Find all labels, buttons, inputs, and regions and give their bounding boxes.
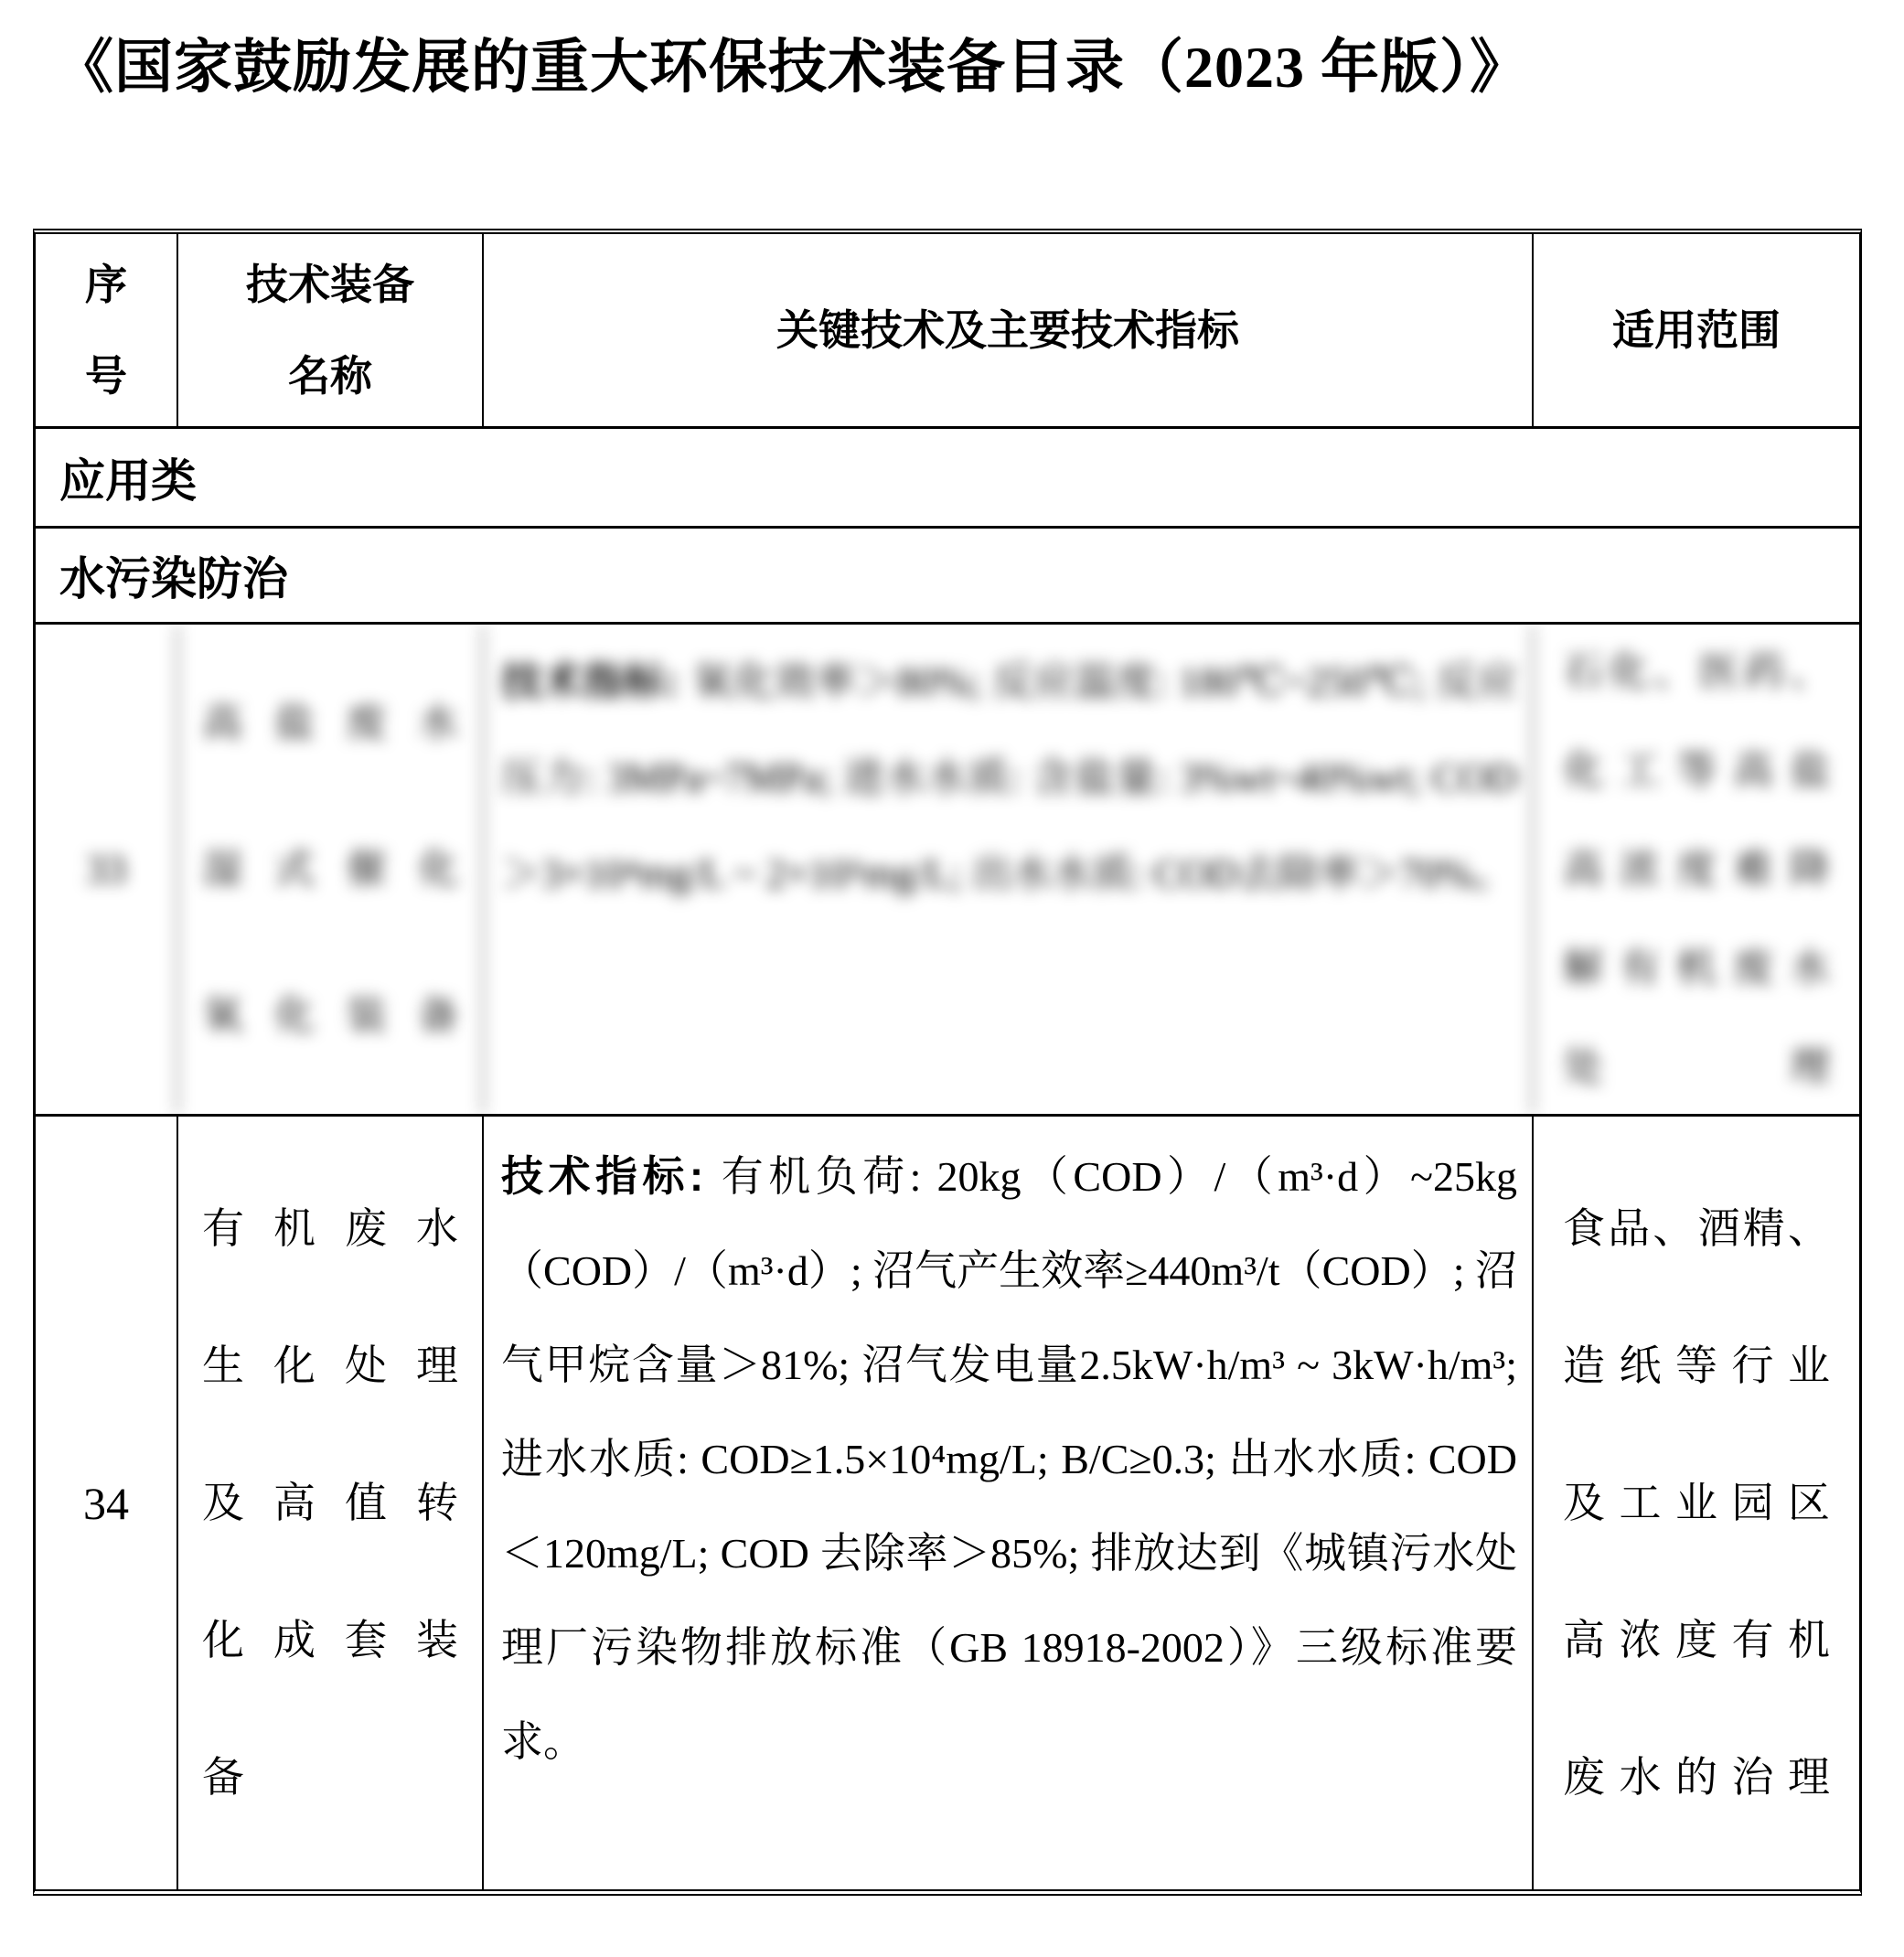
row34-tech-paragraph: 技术指标:有机负荷: 20kg（COD）/（m³·d）~25kg（COD）/（m… [484,1117,1532,1789]
row34-name-lines: 有机废水生化处理及高值转化成套装备 [178,1117,482,1889]
row34-scope-cell: 食品、酒精、造纸等行业及工业园区高浓度有机废水的治理 [1534,1117,1859,1889]
header-key-tech-text: 关键技术及主要技术指标 [776,284,1239,376]
header-key-tech: 关键技术及主要技术指标 [484,234,1534,426]
catalog-table: 序号 技术装备名称 关键技术及主要技术指标 适用范围 应用类 水污染防治 33 … [33,229,1862,1896]
subcategory-row: 水污染防治 [36,529,1859,625]
category-row: 应用类 [36,429,1859,529]
blurred-row-content: 33 高盐废水湿式催化氧化装备 技术指标:氧化效率＞80%; 反应温度: 180… [36,625,1859,1114]
header-equipment-name-text: 技术装备名称 [246,239,414,422]
row34-tech-label: 技术指标: [501,1152,703,1200]
header-equipment-name: 技术装备名称 [178,234,484,426]
blurred-scope-cell: 石化、医药、化工等高盐高浓度难降解有机废水处理 [1534,625,1859,1114]
row34-serial-cell: 34 [36,1117,178,1889]
blurred-serial-cell: 33 [36,625,178,1114]
table-header-row: 序号 技术装备名称 关键技术及主要技术指标 适用范围 [36,234,1859,429]
row34-scope-lines: 食品、酒精、造纸等行业及工业园区高浓度有机废水的治理 [1534,1117,1859,1889]
blurred-tech-paragraph: 技术指标:氧化效率＞80%; 反应温度: 180℃~250℃; 反应压力: 3M… [484,625,1532,922]
header-scope-text: 适用范围 [1612,284,1781,376]
subcategory-label: 水污染防治 [36,529,1859,622]
page-title: 《国家鼓励发展的重大环保技术装备目录（2023 年版）》 [55,20,1529,104]
category-label: 应用类 [36,429,1859,526]
blurred-name-cell: 高盐废水湿式催化氧化装备 [178,625,484,1114]
table-row-34: 34 有机废水生化处理及高值转化成套装备 技术指标:有机负荷: 20kg（COD… [36,1117,1859,1889]
header-serial: 序号 [36,234,178,426]
blurred-name-lines: 高盐废水湿式催化氧化装备 [178,625,482,1114]
table-row-blurred: 33 高盐废水湿式催化氧化装备 技术指标:氧化效率＞80%; 反应温度: 180… [36,625,1859,1117]
blurred-region: 33 高盐废水湿式催化氧化装备 技术指标:氧化效率＞80%; 反应温度: 180… [36,625,1859,1114]
row34-tech-body: 有机负荷: 20kg（COD）/（m³·d）~25kg（COD）/（m³·d）;… [501,1153,1517,1765]
row34-tech-cell: 技术指标:有机负荷: 20kg（COD）/（m³·d）~25kg（COD）/（m… [484,1117,1534,1889]
header-scope: 适用范围 [1534,234,1859,426]
blurred-scope-lines: 石化、医药、化工等高盐高浓度难降解有机废水处理 [1534,625,1859,1114]
document-page: { "page": { "title": "《国家鼓励发展的重大环保技术装备目录… [0,0,1904,1957]
row34-name-cell: 有机废水生化处理及高值转化成套装备 [178,1117,484,1889]
header-serial-text: 序号 [85,239,127,422]
blurred-tech-cell: 技术指标:氧化效率＞80%; 反应温度: 180℃~250℃; 反应压力: 3M… [484,625,1534,1114]
blurred-tech-label: 技术指标: [501,659,679,704]
